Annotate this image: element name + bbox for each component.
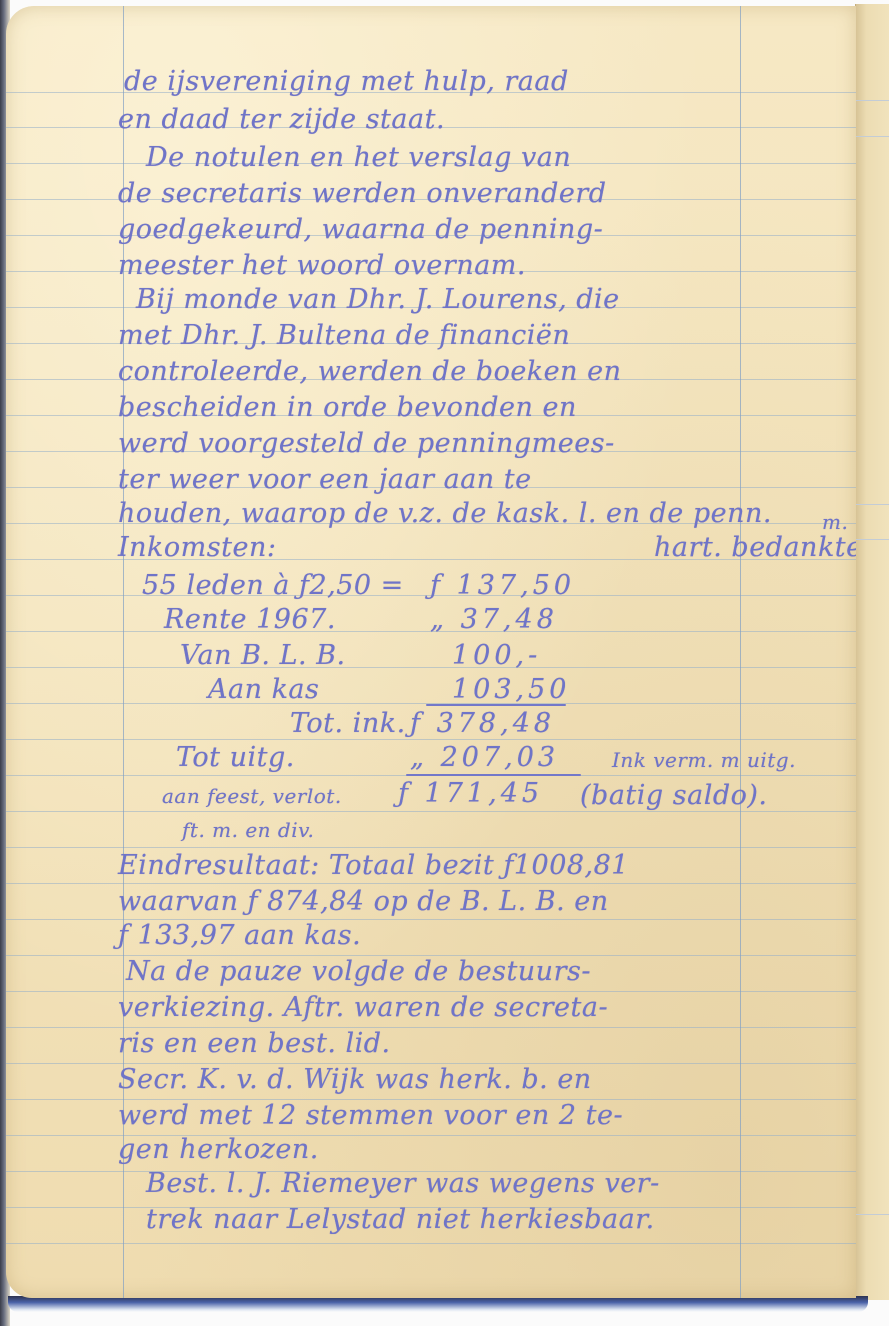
income-row-amount: 103,50 <box>452 676 570 703</box>
ruled-line <box>6 811 856 812</box>
income-row-amount: „ 37,48 <box>430 606 558 633</box>
page-shadow <box>8 1296 868 1312</box>
ruled-line <box>856 1214 889 1215</box>
right-margin-line <box>740 6 741 1298</box>
handwritten-line: met Dhr. J. Bultena de financiën <box>118 322 570 349</box>
sum-underline <box>426 704 566 706</box>
handwritten-line: Secr. K. v. d. Wijk was herk. b. en <box>118 1066 592 1093</box>
ruled-line <box>6 739 856 740</box>
handwritten-line: Na de pauze volgde de bestuurs- <box>126 958 591 985</box>
handwritten-line: Eindresultaat: Totaal bezit ƒ1008,81 <box>118 852 629 879</box>
total-income-amount: ƒ 378,48 <box>410 710 555 737</box>
handwritten-line: Best. l. J. Riemeyer was wegens ver- <box>146 1170 660 1197</box>
handwritten-line: werd met 12 stemmen voor en 2 te- <box>118 1102 623 1129</box>
income-heading: Inkomsten: <box>118 534 276 561</box>
expense-note: Ink verm. m uitg. <box>612 750 796 770</box>
handwritten-line: houden, waarop de v.z. de kask. l. en de… <box>118 500 772 527</box>
income-row-amount: 100,- <box>452 642 541 669</box>
handwritten-line: controleerde, werden de boeken en <box>118 358 621 385</box>
handwritten-line: gen herkozen. <box>118 1136 319 1163</box>
handwritten-line: De notulen en het verslag van <box>146 144 571 171</box>
handwritten-line: ter weer voor een jaar aan te <box>118 466 532 493</box>
margin-note: hart. bedankte <box>654 534 856 561</box>
handwritten-line: ƒ 133,97 aan kas. <box>118 922 361 949</box>
margin-superscript: m. <box>822 512 848 532</box>
total-expense-label: Tot uitg. <box>176 744 295 771</box>
total-expense-amount: „ 207,03 <box>410 744 559 771</box>
handwritten-line: meester het woord overnam. <box>118 252 526 279</box>
handwritten-line: de ijsvereniging met hulp, raad <box>124 68 569 95</box>
ruled-line <box>856 504 889 505</box>
handwritten-line: trek naar Lelystad niet herkiesbaar. <box>146 1206 655 1233</box>
adjacent-page-edge <box>855 4 889 1300</box>
handwritten-line: goedgekeurd, waarna de penning- <box>118 216 603 243</box>
ruled-line <box>6 1243 856 1244</box>
handwritten-line: verkiezing. Aftr. waren de secreta- <box>118 994 608 1021</box>
income-row-amount: ƒ 137,50 <box>430 572 575 599</box>
total-income-label: Tot. ink. <box>290 710 406 737</box>
income-row-label: Rente 1967. <box>164 606 336 633</box>
ruled-line <box>6 847 856 848</box>
handwritten-line: de secretaris werden onveranderd <box>118 180 607 207</box>
handwritten-line: werd voorgesteld de penningmees- <box>118 430 615 457</box>
balance-note: (batig saldo). <box>580 782 768 809</box>
income-row-label: Aan kas <box>208 676 319 703</box>
notebook-page: de ijsvereniging met hulp, raad en daad … <box>6 6 856 1298</box>
handwritten-line: en daad ter zijde staat. <box>118 106 445 133</box>
balance-amount: ƒ 171,45 <box>398 780 543 807</box>
ruled-line <box>6 883 856 884</box>
handwritten-line: Bij monde van Dhr. J. Lourens, die <box>136 286 620 313</box>
balance-underline <box>406 774 581 776</box>
expense-detail: ft. m. en div. <box>182 820 314 840</box>
handwritten-line: bescheiden in orde bevonden en <box>118 394 577 421</box>
expense-detail: aan feest, verlot. <box>162 786 342 806</box>
ruled-line <box>856 539 889 540</box>
income-row-label: Van B. L. B. <box>180 642 346 669</box>
ruled-line <box>6 667 856 668</box>
ruled-line <box>856 136 889 137</box>
income-row-label: 55 leden à ƒ2,50 = <box>142 572 404 599</box>
handwritten-line: ris en een best. lid. <box>118 1030 391 1057</box>
ruled-line <box>856 100 889 101</box>
handwritten-line: waarvan ƒ 874,84 op de B. L. B. en <box>118 888 609 915</box>
